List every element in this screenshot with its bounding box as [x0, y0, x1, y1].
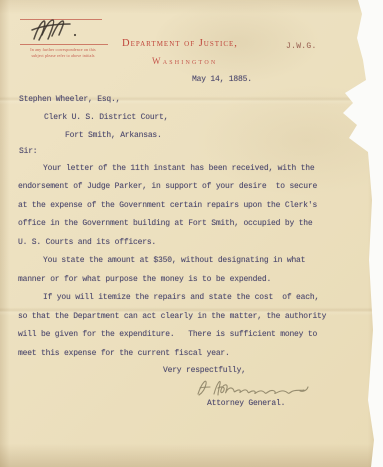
body-line: endorsement of Judge Parker, in support …	[18, 178, 348, 196]
paper-sheet: In any further correspondence on this su…	[0, 0, 383, 467]
signer-title: Attorney General.	[207, 399, 285, 408]
body-line: so that the Department can act clearly i…	[18, 308, 348, 326]
scanned-letter: In any further correspondence on this su…	[0, 0, 383, 467]
letter-date: May 14, 1885.	[192, 75, 252, 84]
body-line: at the expense of the Government certain…	[18, 197, 348, 215]
recipient-title: Clerk U. S. District Court,	[44, 113, 168, 122]
body-line: You state the amount at $350, without de…	[18, 252, 348, 270]
handwritten-initials	[30, 15, 85, 45]
body-line: Your letter of the 11th instant has been…	[18, 160, 348, 178]
letterhead-rule-bottom	[20, 44, 108, 45]
recipient-location: Fort Smith, Arkansas.	[65, 131, 162, 140]
recipient-name: Stephen Wheeler, Esq.,	[19, 95, 120, 104]
body-line: office in the Government building at For…	[18, 215, 348, 233]
reference-note-line2: subject please refer to above initials	[13, 53, 113, 59]
letterhead-city: Washington	[152, 56, 217, 66]
body-line: manner or for what purpose the money is …	[18, 271, 348, 289]
body-line: meet this expense for the current fiscal…	[18, 345, 348, 363]
body-line: will be given for the expenditure. There…	[18, 326, 348, 344]
signature-garland	[192, 374, 312, 402]
letter-body: Your letter of the 11th instant has been…	[18, 160, 348, 363]
body-line: U. S. Courts and its officers.	[18, 234, 348, 252]
salutation: Sir:	[19, 147, 37, 156]
letterhead-department: Department of Justice,	[122, 38, 238, 49]
clerk-initials: J.W.G.	[286, 42, 317, 51]
body-line: If you will itemize the repairs and stat…	[18, 289, 348, 307]
